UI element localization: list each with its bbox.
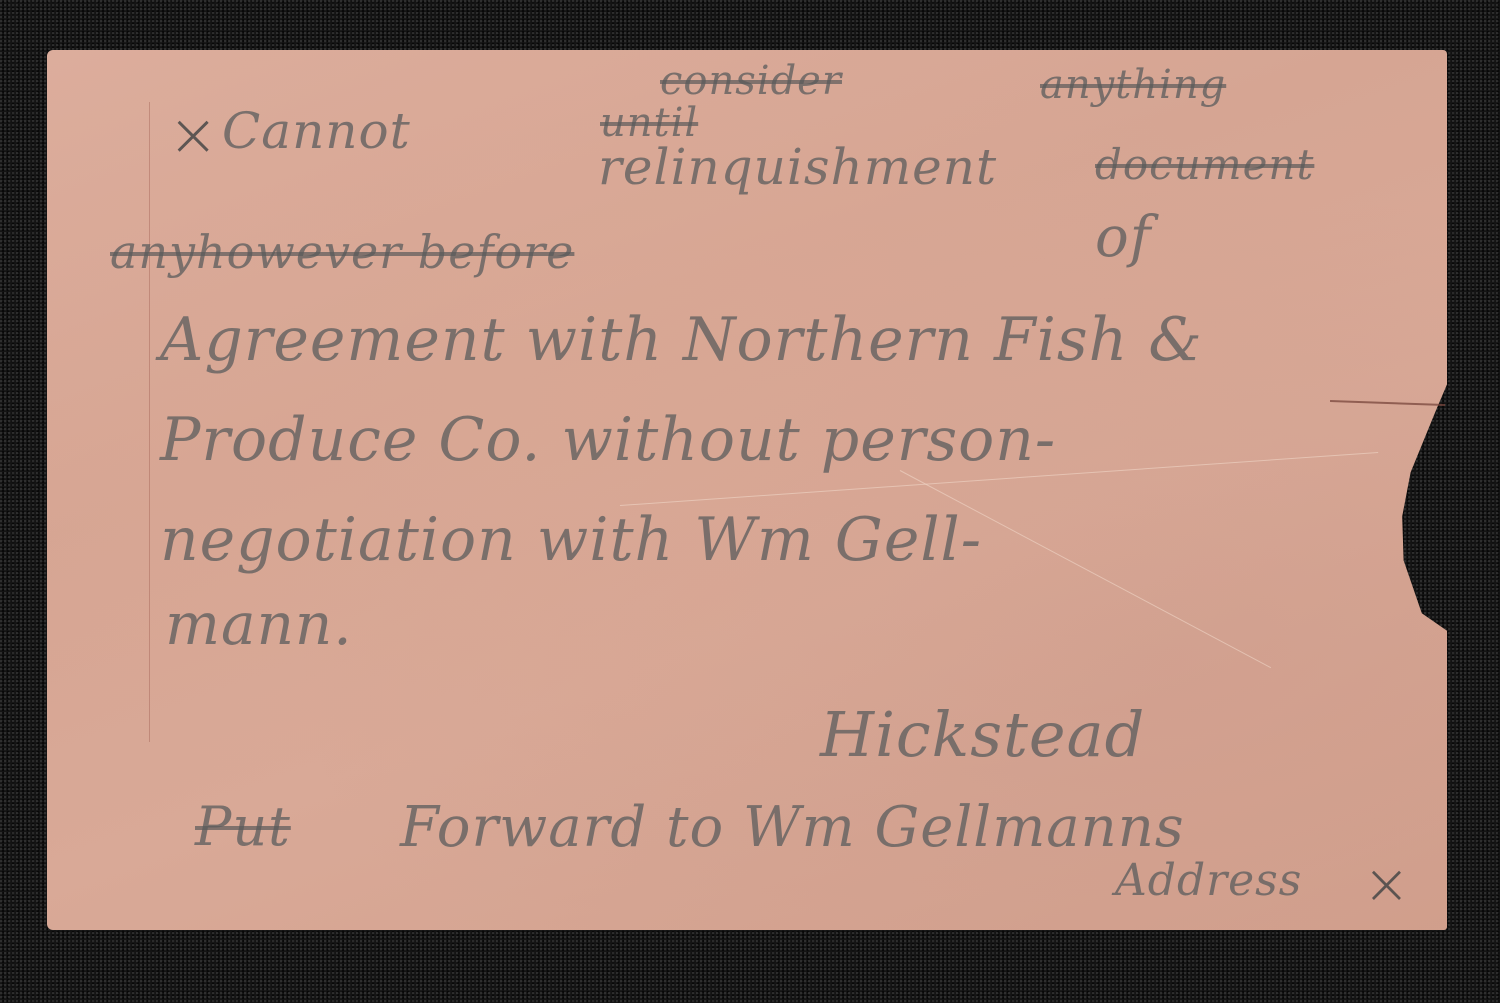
handwriting-struck-word: document bbox=[1095, 140, 1314, 189]
margin-rule-line bbox=[149, 102, 150, 742]
x-mark-icon: × bbox=[1363, 852, 1410, 917]
handwriting-line: Forward to Wm Gellmanns bbox=[400, 795, 1185, 860]
handwriting-struck-word: Put bbox=[195, 795, 291, 858]
handwriting-word: of bbox=[1095, 205, 1151, 270]
signature: Hickstead bbox=[820, 698, 1145, 771]
handwriting-struck-word: anything bbox=[1040, 62, 1226, 108]
handwriting-line: Produce Co. without person- bbox=[160, 405, 1056, 475]
handwriting-line: Agreement with Northern Fish & bbox=[160, 305, 1203, 375]
address-label: Address bbox=[1115, 855, 1302, 906]
handwriting-word: Cannot bbox=[222, 102, 411, 160]
handwriting-struck-line: anyhowever before bbox=[110, 225, 574, 279]
handwriting-word: relinquishment bbox=[598, 138, 997, 196]
x-mark-icon: × bbox=[168, 100, 218, 170]
handwriting-line: mann. bbox=[165, 590, 353, 658]
handwriting-line: negotiation with Wm Gell- bbox=[160, 505, 982, 575]
handwriting-struck-word: consider bbox=[660, 58, 842, 104]
